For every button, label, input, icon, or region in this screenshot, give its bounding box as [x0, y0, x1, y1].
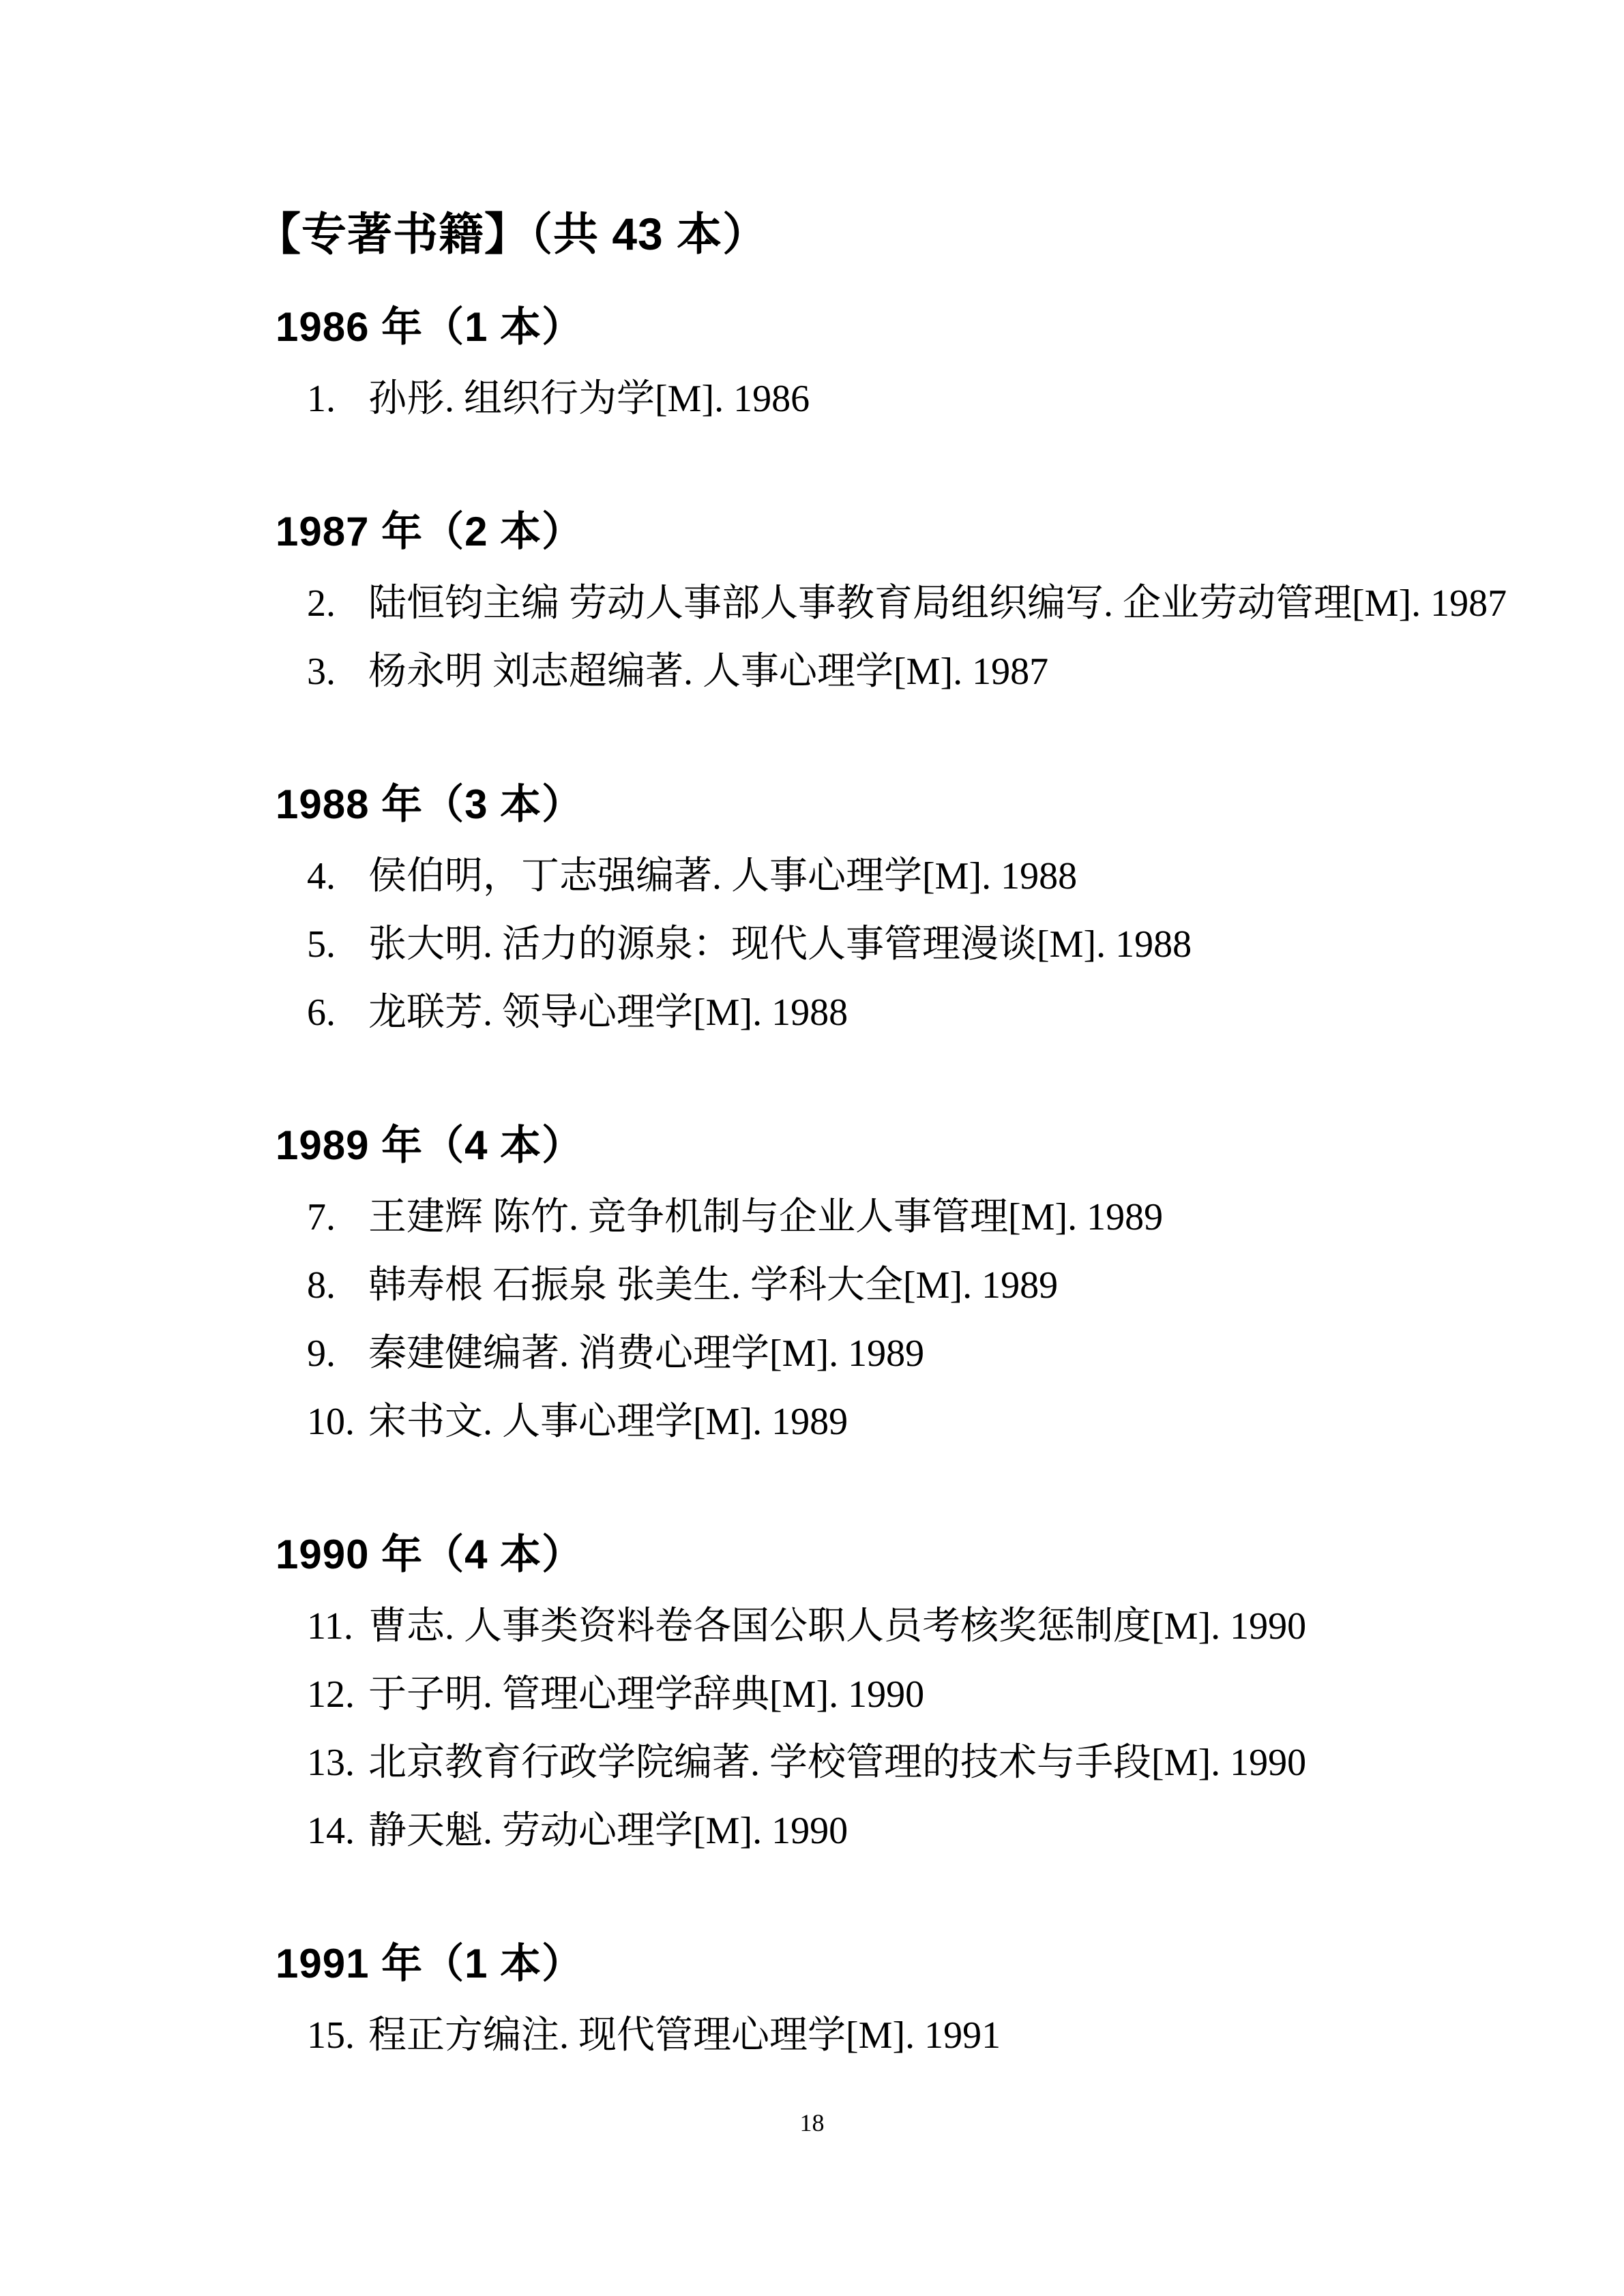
book-list: 1. 孙彤. 组织行为学[M]. 1986 — [307, 378, 1624, 419]
item-number: 8. — [307, 1265, 368, 1306]
item-number: 15. — [307, 2015, 368, 2056]
item-text: 宋书文. 人事心理学[M]. 1989 — [368, 1401, 1624, 1442]
item-number: 3. — [307, 651, 368, 692]
item-number: 5. — [307, 924, 368, 965]
book-list: 4. 侯伯明，丁志强编著. 人事心理学[M]. 1988 5. 张大明. 活力的… — [307, 856, 1624, 1033]
section-heading: 1989 年（4 本） — [276, 1125, 1624, 1166]
list-item: 14. 静天魁. 劳动心理学[M]. 1990 — [307, 1810, 1624, 1851]
book-list: 11. 曹志. 人事类资料卷各国公职人员考核奖惩制度[M]. 1990 12. … — [307, 1606, 1624, 1851]
item-text: 杨永明 刘志超编著. 人事心理学[M]. 1987 — [368, 651, 1624, 692]
item-text: 秦建健编著. 消费心理学[M]. 1989 — [368, 1333, 1624, 1374]
year-section-1991: 1991 年（1 本） 15. 程正方编注. 现代管理心理学[M]. 1991 — [0, 1943, 1624, 2056]
item-text: 孙彤. 组织行为学[M]. 1986 — [368, 378, 1624, 419]
item-number: 4. — [307, 856, 368, 897]
item-text: 龙联芳. 领导心理学[M]. 1988 — [368, 992, 1624, 1033]
item-number: 1. — [307, 378, 368, 419]
item-text: 陆恒钧主编 劳动人事部人事教育局组织编写. 企业劳动管理[M]. 1987 — [368, 583, 1624, 624]
item-text: 程正方编注. 现代管理心理学[M]. 1991 — [368, 2015, 1624, 2056]
book-list: 15. 程正方编注. 现代管理心理学[M]. 1991 — [307, 2015, 1624, 2056]
list-item: 12. 于子明. 管理心理学辞典[M]. 1990 — [307, 1674, 1624, 1715]
list-item: 13. 北京教育行政学院编著. 学校管理的技术与手段[M]. 1990 — [307, 1742, 1624, 1783]
item-number: 11. — [307, 1606, 368, 1647]
list-item: 2. 陆恒钧主编 劳动人事部人事教育局组织编写. 企业劳动管理[M]. 1987 — [307, 583, 1624, 624]
item-number: 2. — [307, 583, 368, 624]
list-item: 8. 韩寿根 石振泉 张美生. 学科大全[M]. 1989 — [307, 1265, 1624, 1306]
item-text: 韩寿根 石振泉 张美生. 学科大全[M]. 1989 — [368, 1265, 1624, 1306]
page-number: 18 — [0, 2111, 1624, 2135]
year-section-1986: 1986 年（1 本） 1. 孙彤. 组织行为学[M]. 1986 — [0, 307, 1624, 419]
item-number: 6. — [307, 992, 368, 1033]
section-heading: 1991 年（1 本） — [276, 1943, 1624, 1984]
section-heading: 1986 年（1 本） — [276, 307, 1624, 348]
document-page: 【专著书籍】（共 43 本） 1986 年（1 本） 1. 孙彤. 组织行为学[… — [0, 0, 1624, 2296]
section-heading: 1987 年（2 本） — [276, 511, 1624, 552]
year-section-1988: 1988 年（3 本） 4. 侯伯明，丁志强编著. 人事心理学[M]. 1988… — [0, 784, 1624, 1033]
list-item: 7. 王建辉 陈竹. 竞争机制与企业人事管理[M]. 1989 — [307, 1197, 1624, 1238]
item-number: 10. — [307, 1401, 368, 1442]
item-text: 张大明. 活力的源泉：现代人事管理漫谈[M]. 1988 — [368, 924, 1624, 965]
list-item: 3. 杨永明 刘志超编著. 人事心理学[M]. 1987 — [307, 651, 1624, 692]
year-section-1990: 1990 年（4 本） 11. 曹志. 人事类资料卷各国公职人员考核奖惩制度[M… — [0, 1534, 1624, 1851]
list-item: 15. 程正方编注. 现代管理心理学[M]. 1991 — [307, 2015, 1624, 2056]
item-text: 北京教育行政学院编著. 学校管理的技术与手段[M]. 1990 — [368, 1742, 1624, 1783]
list-item: 11. 曹志. 人事类资料卷各国公职人员考核奖惩制度[M]. 1990 — [307, 1606, 1624, 1647]
year-section-1987: 1987 年（2 本） 2. 陆恒钧主编 劳动人事部人事教育局组织编写. 企业劳… — [0, 511, 1624, 692]
section-heading: 1988 年（3 本） — [276, 784, 1624, 825]
item-text: 王建辉 陈竹. 竞争机制与企业人事管理[M]. 1989 — [368, 1197, 1624, 1238]
page-title: 【专著书籍】（共 43 本） — [256, 211, 1624, 256]
item-text: 静天魁. 劳动心理学[M]. 1990 — [368, 1810, 1624, 1851]
list-item: 1. 孙彤. 组织行为学[M]. 1986 — [307, 378, 1624, 419]
item-text: 侯伯明，丁志强编著. 人事心理学[M]. 1988 — [368, 856, 1624, 897]
list-item: 5. 张大明. 活力的源泉：现代人事管理漫谈[M]. 1988 — [307, 924, 1624, 965]
year-section-1989: 1989 年（4 本） 7. 王建辉 陈竹. 竞争机制与企业人事管理[M]. 1… — [0, 1125, 1624, 1442]
item-number: 14. — [307, 1810, 368, 1851]
item-text: 于子明. 管理心理学辞典[M]. 1990 — [368, 1674, 1624, 1715]
item-text: 曹志. 人事类资料卷各国公职人员考核奖惩制度[M]. 1990 — [368, 1606, 1624, 1647]
list-item: 6. 龙联芳. 领导心理学[M]. 1988 — [307, 992, 1624, 1033]
item-number: 13. — [307, 1742, 368, 1783]
section-heading: 1990 年（4 本） — [276, 1534, 1624, 1575]
item-number: 7. — [307, 1197, 368, 1238]
item-number: 9. — [307, 1333, 368, 1374]
list-item: 9. 秦建健编著. 消费心理学[M]. 1989 — [307, 1333, 1624, 1374]
book-list: 2. 陆恒钧主编 劳动人事部人事教育局组织编写. 企业劳动管理[M]. 1987… — [307, 583, 1624, 692]
list-item: 10. 宋书文. 人事心理学[M]. 1989 — [307, 1401, 1624, 1442]
book-list: 7. 王建辉 陈竹. 竞争机制与企业人事管理[M]. 1989 8. 韩寿根 石… — [307, 1197, 1624, 1442]
list-item: 4. 侯伯明，丁志强编著. 人事心理学[M]. 1988 — [307, 856, 1624, 897]
item-number: 12. — [307, 1674, 368, 1715]
